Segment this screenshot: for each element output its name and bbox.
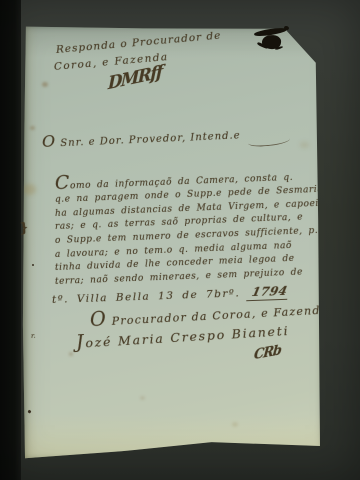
foxing-spot xyxy=(300,142,309,148)
foxing-spot xyxy=(69,352,73,356)
signature-rubric-flourish: CRb xyxy=(253,343,281,363)
foxing-spot xyxy=(140,396,145,400)
foxing-spot xyxy=(42,82,48,87)
foxing-spot xyxy=(232,422,238,427)
paper-sheet: Responda o Procurador de Coroa, e Fazend… xyxy=(22,24,323,460)
paper-stain-foot xyxy=(22,414,323,460)
photo-stage: Responda o Procurador de Coroa, e Fazend… xyxy=(0,0,360,480)
paper-stain-left-edge xyxy=(22,24,38,460)
salutation-line: O Snr. e Dor. Provedor, Intend.e xyxy=(42,123,241,151)
margin-note-mark: r. xyxy=(31,332,36,340)
foxing-spot xyxy=(30,126,35,130)
binding-band xyxy=(0,0,21,480)
pen-flourish xyxy=(248,135,291,148)
margin-ink-dot xyxy=(32,264,34,266)
foxing-spot xyxy=(23,184,36,195)
